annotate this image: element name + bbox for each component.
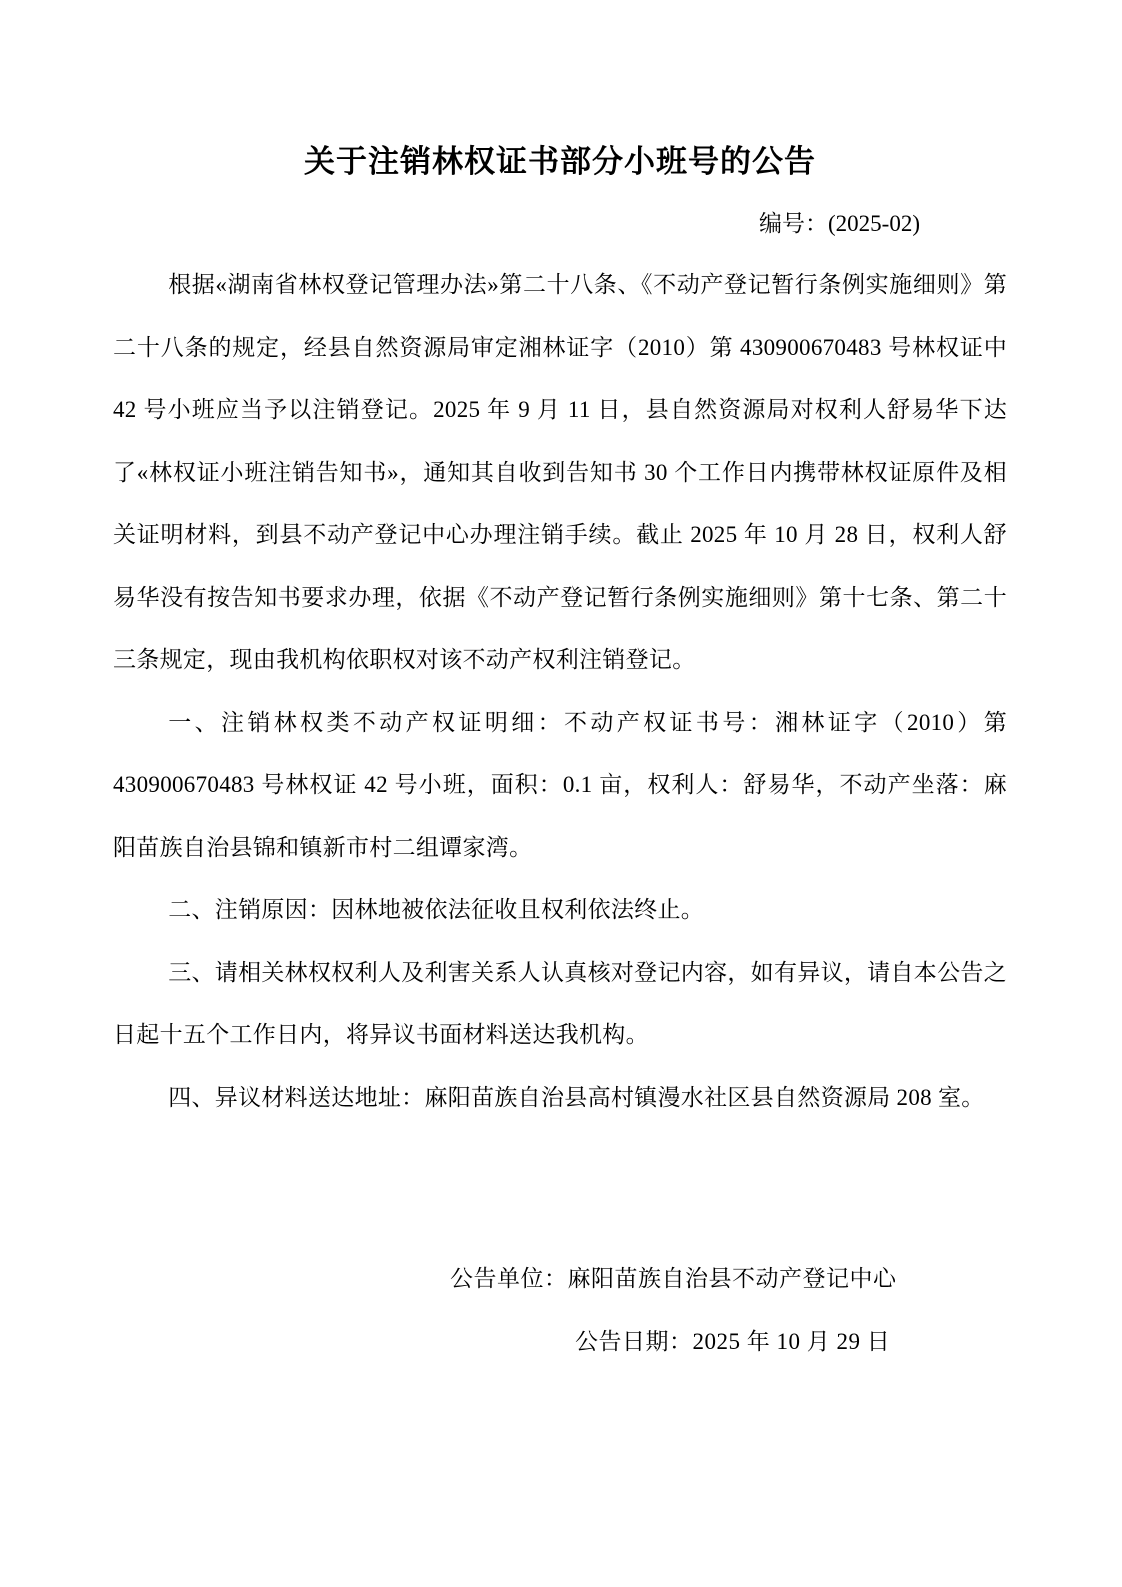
- announcement-unit: 公告单位：麻阳苗族自治县不动产登记中心: [450, 1248, 1007, 1311]
- document-body: 根据«湖南省林权登记管理办法»第二十八条、《不动产登记暂行条例实施细则》第二十八…: [113, 254, 1007, 1129]
- document-footer: 公告单位：麻阳苗族自治县不动产登记中心 公告日期：2025 年 10 月 29 …: [113, 1248, 1007, 1373]
- announcement-date: 公告日期：2025 年 10 月 29 日: [575, 1311, 1007, 1374]
- document-title: 关于注销林权证书部分小班号的公告: [113, 140, 1007, 184]
- paragraph-intro: 根据«湖南省林权登记管理办法»第二十八条、《不动产登记暂行条例实施细则》第二十八…: [113, 254, 1007, 692]
- document-number: 编号：(2025-02): [113, 208, 1007, 240]
- paragraph-item-4: 四、异议材料送达地址：麻阳苗族自治县高村镇漫水社区县自然资源局 208 室。: [113, 1067, 1007, 1130]
- paragraph-item-3: 三、请相关林权权利人及利害关系人认真核对登记内容，如有异议，请自本公告之日起十五…: [113, 942, 1007, 1067]
- paragraph-item-1: 一、注销林权类不动产权证明细：不动产权证书号：湘林证字（2010）第 43090…: [113, 692, 1007, 880]
- document-page: 关于注销林权证书部分小班号的公告 编号：(2025-02) 根据«湖南省林权登记…: [0, 0, 1122, 1587]
- paragraph-item-2: 二、注销原因：因林地被依法征收且权利依法终止。: [113, 879, 1007, 942]
